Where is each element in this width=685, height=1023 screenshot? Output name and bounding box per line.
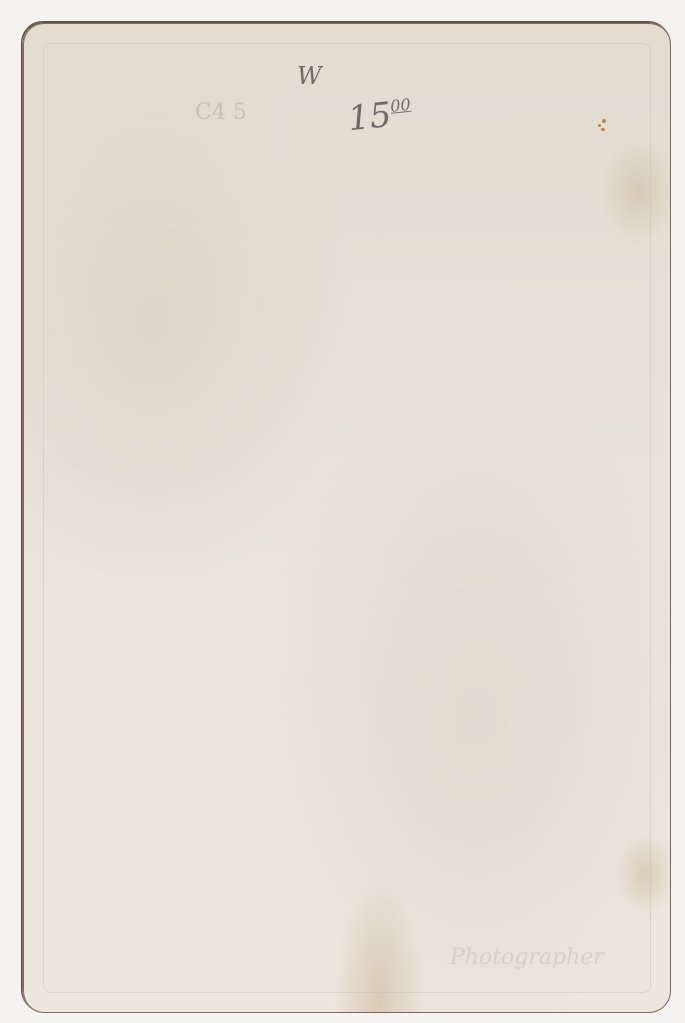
pencil-letter-mark: W — [297, 62, 322, 90]
scan-background: C4 5 W 1500 Photographer — [0, 0, 685, 1023]
price-cents: 00 — [389, 95, 411, 116]
price-main: 15 — [346, 95, 393, 139]
embossed-imprint: Photographer — [450, 945, 604, 970]
foxing-spot — [598, 124, 601, 127]
foxing-spot — [602, 119, 606, 123]
erased-pencil-mark: C4 5 — [195, 100, 247, 125]
pencil-price-mark: 1500 — [346, 93, 413, 139]
foxing-spot — [601, 128, 605, 131]
cabinet-card-back — [22, 22, 671, 1013]
